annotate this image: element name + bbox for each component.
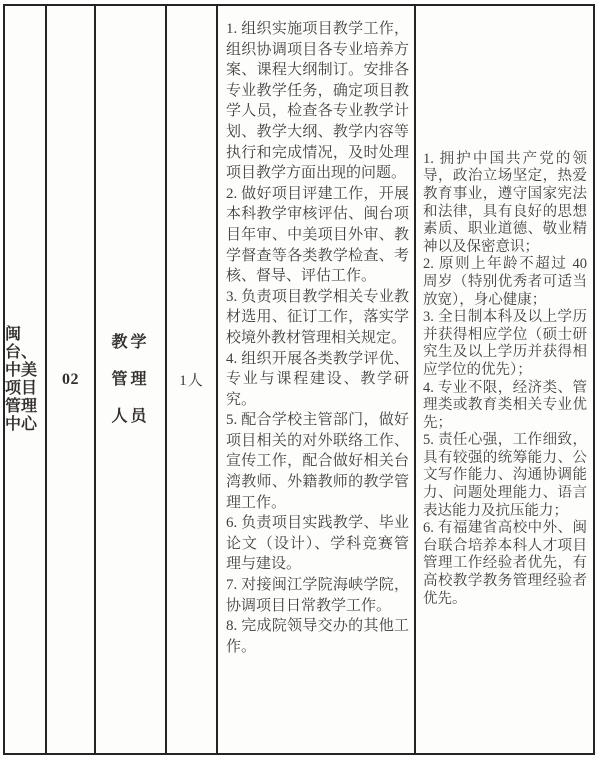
headcount-value: 1人 bbox=[179, 369, 204, 390]
department-char: 闽 bbox=[5, 326, 21, 343]
department-char: 管 bbox=[5, 398, 21, 415]
cell-headcount: 1人 bbox=[167, 6, 218, 753]
cell-duties: 1. 组织实施项目教学工作，组织协调项目各专业培养方案、课程大纲制订。安排各专业… bbox=[218, 6, 416, 753]
position-name-line: 人员 bbox=[111, 409, 149, 425]
department-char: 中 bbox=[5, 362, 21, 379]
cell-position-code: 02 bbox=[47, 6, 96, 753]
duty-item: 1. 组织实施项目教学工作，组织协调项目各专业培养方案、课程大纲制订。安排各专业… bbox=[226, 19, 409, 184]
duty-item: 5. 配合学校主管部门，做好项目相关的对外联络工作、宣传工作，配合做好相关台湾教… bbox=[226, 410, 409, 513]
department-char: 中 bbox=[5, 416, 21, 433]
position-code: 02 bbox=[62, 371, 79, 389]
cell-position-name: 教学管理人员 bbox=[96, 6, 167, 753]
cell-department: 闽台、中美项目管理中心 bbox=[5, 6, 47, 753]
department-char: 美 bbox=[21, 362, 37, 379]
department-char: 目 bbox=[21, 380, 37, 397]
department-char: 项 bbox=[5, 380, 21, 397]
position-name-line: 管理 bbox=[111, 372, 149, 388]
position-name-line: 教学 bbox=[111, 335, 149, 351]
requirement-item: 5. 责任心强，工作细致，具有较强的统筹能力、公文写作能力、沟通协调能力、问题处… bbox=[423, 432, 587, 520]
duties-list: 1. 组织实施项目教学工作，组织协调项目各专业培养方案、课程大纲制订。安排各专业… bbox=[226, 19, 409, 657]
department-char: 理 bbox=[21, 398, 37, 415]
department-char: 、 bbox=[21, 344, 37, 361]
department-char: 心 bbox=[21, 416, 37, 433]
requirement-item: 2. 原则上年龄不超过 40 周岁（特别优秀者可适当放宽），身心健康； bbox=[423, 256, 587, 309]
duty-item: 6. 负责项目实践教学、毕业论文（设计）、学科竞赛管理与建设。 bbox=[226, 513, 409, 575]
department-name-vertical: 闽台、中美项目管理中心 bbox=[5, 326, 45, 434]
requirement-item: 3. 全日制本科及以上学历并获得相应学位（硕士研究生及以上学历并获得相应学位的优… bbox=[423, 309, 587, 379]
department-char: 台 bbox=[5, 344, 21, 361]
duty-item: 8. 完成院领导交办的其他工作。 bbox=[226, 616, 409, 657]
requirement-item: 6. 有福建省高校中外、闽台联合培养本科人才项目管理工作经验者优先，有高校教学教… bbox=[423, 520, 587, 608]
requirements-list: 1. 拥护中国共产党的领导，政治立场坚定，热爱教育事业，遵守国家宪法和法律，具有… bbox=[423, 151, 587, 608]
duty-item: 7. 对接闽江学院海峡学院，协调项目日常教学工作。 bbox=[226, 575, 409, 616]
cell-requirements: 1. 拥护中国共产党的领导，政治立场坚定，热爱教育事业，遵守国家宪法和法律，具有… bbox=[416, 6, 593, 753]
duty-item: 2. 做好项目评建工作，开展本科教学审核评估、闽台项目年审、中美项目外审、教学督… bbox=[226, 184, 409, 287]
position-name-lines: 教学管理人员 bbox=[111, 335, 149, 425]
requirement-item: 4. 专业不限，经济类、管理类或教育类相关专业优先； bbox=[423, 380, 587, 433]
requirement-item: 1. 拥护中国共产党的领导，政治立场坚定，热爱教育事业，遵守国家宪法和法律，具有… bbox=[423, 151, 587, 257]
duty-item: 3. 负责项目教学相关专业教材选用、征订工作，落实学校境外教材管理相关规定。 bbox=[226, 287, 409, 349]
duty-item: 4. 组织开展各类教学评优、专业与课程建设、教学研究。 bbox=[226, 349, 409, 411]
position-table: 闽台、中美项目管理中心 02 教学管理人员 1人 1. 组织实施项目教学工作，组… bbox=[3, 4, 595, 755]
